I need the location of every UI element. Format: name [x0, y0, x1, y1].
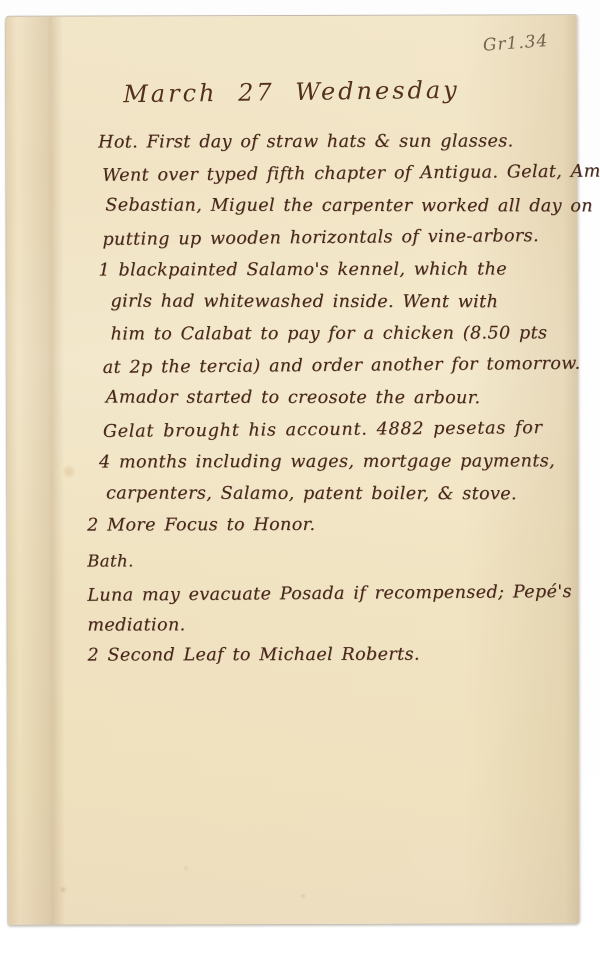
diary-entry-body: Hot. First day of straw hats & sun glass… [98, 125, 560, 510]
diary-line: Went over typed fifth chapter of Antigua… [98, 156, 559, 192]
diary-line: Gelat brought his account. 4882 pesetas … [99, 412, 560, 448]
diary-line: 1 blackpainted Salamo's kennel, which th… [98, 253, 559, 286]
diary-note-line: Bath. [87, 543, 560, 577]
diary-line: carpenters, Salamo, patent boiler, & sto… [99, 478, 560, 511]
diary-note-line: 2 More Focus to Honor. [87, 508, 560, 542]
diary-note-line: Luna may evacuate Posada if recompensed;… [87, 576, 560, 613]
diary-line: Amador started to creosote the arbour. [99, 382, 560, 415]
diary-line: him to Calabat to pay for a chicken (8.5… [99, 317, 560, 350]
diary-line: Sebastian, Miguel the carpenter worked a… [98, 190, 559, 223]
catalog-annotation: Gr1.34 [483, 31, 550, 56]
diary-line: girls had whitewashed inside. Went with [99, 286, 560, 319]
diary-line: at 2p the tercia) and order another for … [99, 348, 560, 384]
paper-sheet: Gr1.34 March 27 Wednesday Hot. First day… [6, 15, 579, 924]
entry-date-title: March 27 Wednesday [6, 74, 577, 109]
diary-line: putting up wooden horizontals of vine-ar… [98, 220, 559, 256]
scanned-diary-page: Gr1.34 March 27 Wednesday Hot. First day… [0, 0, 600, 960]
diary-entry-notes: 2 More Focus to Honor. Bath. Luna may ev… [87, 508, 560, 672]
diary-note-line: 2 Second Leaf to Michael Roberts. [87, 638, 560, 672]
diary-line: Hot. First day of straw hats & sun glass… [98, 125, 559, 158]
diary-line: 4 months including wages, mortgage payme… [99, 445, 560, 478]
diary-note-line: mediation. [87, 610, 560, 639]
